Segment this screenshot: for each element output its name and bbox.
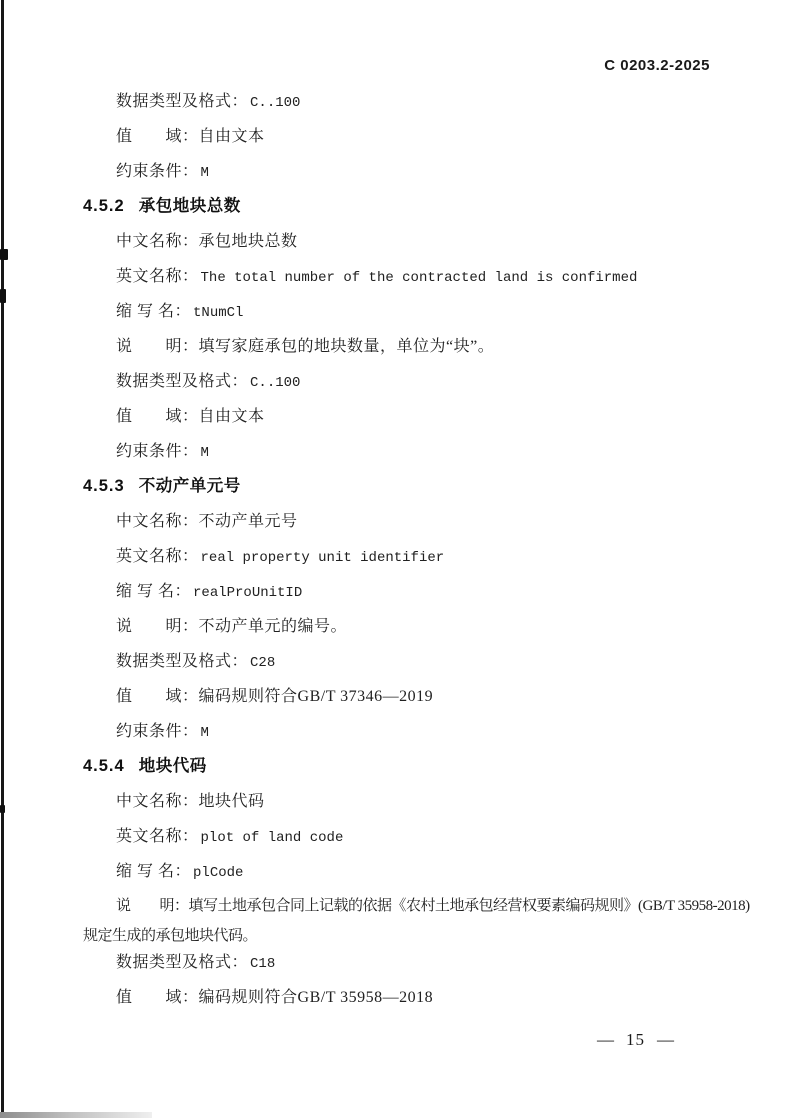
- scan-blob-artifact: [0, 805, 5, 813]
- field-value: 编码规则符合GB/T 37346—2019: [199, 688, 434, 705]
- field-label: 英文名称：: [116, 828, 199, 845]
- field-value: tNumCl: [193, 305, 243, 321]
- field-row: 数据类型及格式：C28: [83, 644, 710, 679]
- field-value: C..100: [250, 375, 300, 391]
- field-value: 自由文本: [199, 128, 265, 145]
- field-label: 说 明：: [116, 338, 199, 355]
- field-label: 说 明：: [116, 618, 199, 635]
- field-value: 不动产单元号: [199, 513, 298, 530]
- section-title: 承包地块总数: [139, 197, 241, 215]
- field-value: C28: [250, 655, 275, 671]
- field-row: 约束条件：M: [83, 434, 710, 469]
- field-row: 英文名称：real property unit identifier: [83, 539, 710, 574]
- field-value: M: [201, 165, 209, 181]
- page-dash-right: —: [657, 1030, 674, 1049]
- page-number-value: 15: [626, 1030, 645, 1049]
- field-row: 值 域：编码规则符合GB/T 35958—2018: [83, 980, 710, 1015]
- field-row: 中文名称：地块代码: [83, 784, 710, 819]
- section-number: 4.5.3: [83, 477, 125, 495]
- section-title: 不动产单元号: [139, 477, 241, 495]
- field-row: 英文名称：plot of land code: [83, 819, 710, 854]
- field-label: 数据类型及格式：: [116, 653, 248, 670]
- section-title: 地块代码: [139, 757, 207, 775]
- scan-edge-left-artifact: [1, 0, 4, 1118]
- document-page: { "page": { "doc_code": "C 0203.2-2025",…: [0, 0, 789, 1118]
- field-row: 数据类型及格式：C18: [83, 945, 710, 980]
- field-label: 约束条件：: [116, 723, 199, 740]
- field-label: 数据类型及格式：: [116, 373, 248, 390]
- field-label: 说 明：: [116, 898, 189, 914]
- scan-blob-artifact: [0, 289, 6, 303]
- field-label: 中文名称：: [116, 793, 199, 810]
- field-value: 自由文本: [199, 408, 265, 425]
- field-row: 英文名称：The total number of the contracted …: [83, 259, 710, 294]
- field-row: 缩 写 名：realProUnitID: [83, 574, 710, 609]
- field-value: The total number of the contracted land …: [201, 270, 638, 286]
- scan-blob-artifact: [0, 249, 8, 260]
- field-value: 填写家庭承包的地块数量，单位为“块”。: [199, 338, 495, 355]
- scan-bottom-edge-artifact: [0, 1112, 152, 1118]
- field-value: 不动产单元的编号。: [199, 618, 348, 635]
- field-label: 值 域：: [116, 688, 199, 705]
- field-label: 值 域：: [116, 408, 199, 425]
- field-row: 值 域：编码规则符合GB/T 37346—2019: [83, 679, 710, 714]
- field-row: 缩 写 名：tNumCl: [83, 294, 710, 329]
- field-row: 中文名称：不动产单元号: [83, 504, 710, 539]
- section-heading: 4.5.4地块代码: [83, 749, 710, 784]
- field-value: 填写土地承包合同上记载的依据《农村土地承包经营权要素编码规则》(GB/T 359…: [189, 898, 750, 914]
- field-label: 中文名称：: [116, 513, 199, 530]
- field-row: 约束条件：M: [83, 714, 710, 749]
- field-value: 编码规则符合GB/T 35958—2018: [199, 989, 434, 1006]
- field-label: 数据类型及格式：: [116, 93, 248, 110]
- field-label: 值 域：: [116, 128, 199, 145]
- doc-code: C 0203.2-2025: [604, 57, 710, 74]
- field-row: 中文名称：承包地块总数: [83, 224, 710, 259]
- page-dash-left: —: [597, 1030, 614, 1049]
- field-value-continuation: 规定生成的承包地块代码。: [83, 928, 257, 944]
- field-row: 数据类型及格式：C..100: [83, 84, 710, 119]
- field-row: 约束条件：M: [83, 154, 710, 189]
- field-value: realProUnitID: [193, 585, 302, 601]
- field-value: C..100: [250, 95, 300, 111]
- section-heading: 4.5.3不动产单元号: [83, 469, 710, 504]
- section-number: 4.5.2: [83, 197, 125, 215]
- field-row: 说 明：填写家庭承包的地块数量，单位为“块”。: [83, 329, 710, 364]
- field-value: M: [201, 445, 209, 461]
- field-value: plCode: [193, 865, 243, 881]
- document-body: 数据类型及格式：C..100 值 域：自由文本 约束条件：M 4.5.2承包地块…: [83, 84, 710, 1015]
- field-label: 约束条件：: [116, 443, 199, 460]
- field-value: real property unit identifier: [201, 550, 445, 566]
- field-label: 缩 写 名：: [116, 583, 191, 600]
- field-value: plot of land code: [201, 830, 344, 846]
- description-row: 说 明：填写土地承包合同上记载的依据《农村土地承包经营权要素编码规则》(GB/T…: [83, 891, 710, 951]
- field-row: 值 域：自由文本: [83, 119, 710, 154]
- field-row: 说 明：不动产单元的编号。: [83, 609, 710, 644]
- section-heading: 4.5.2承包地块总数: [83, 189, 710, 224]
- field-value: C18: [250, 956, 275, 972]
- section-number: 4.5.4: [83, 757, 125, 775]
- field-value: M: [201, 725, 209, 741]
- field-label: 数据类型及格式：: [116, 954, 248, 971]
- field-value: 地块代码: [199, 793, 265, 810]
- field-row: 值 域：自由文本: [83, 399, 710, 434]
- field-label: 英文名称：: [116, 548, 199, 565]
- field-label: 缩 写 名：: [116, 863, 191, 880]
- field-row: 数据类型及格式：C..100: [83, 364, 710, 399]
- field-label: 约束条件：: [116, 163, 199, 180]
- field-value: 承包地块总数: [199, 233, 298, 250]
- field-label: 缩 写 名：: [116, 303, 191, 320]
- field-row: 缩 写 名：plCode: [83, 854, 710, 889]
- field-label: 英文名称：: [116, 268, 199, 285]
- page-number: —15—: [597, 1022, 674, 1057]
- field-label: 值 域：: [116, 989, 199, 1006]
- field-label: 中文名称：: [116, 233, 199, 250]
